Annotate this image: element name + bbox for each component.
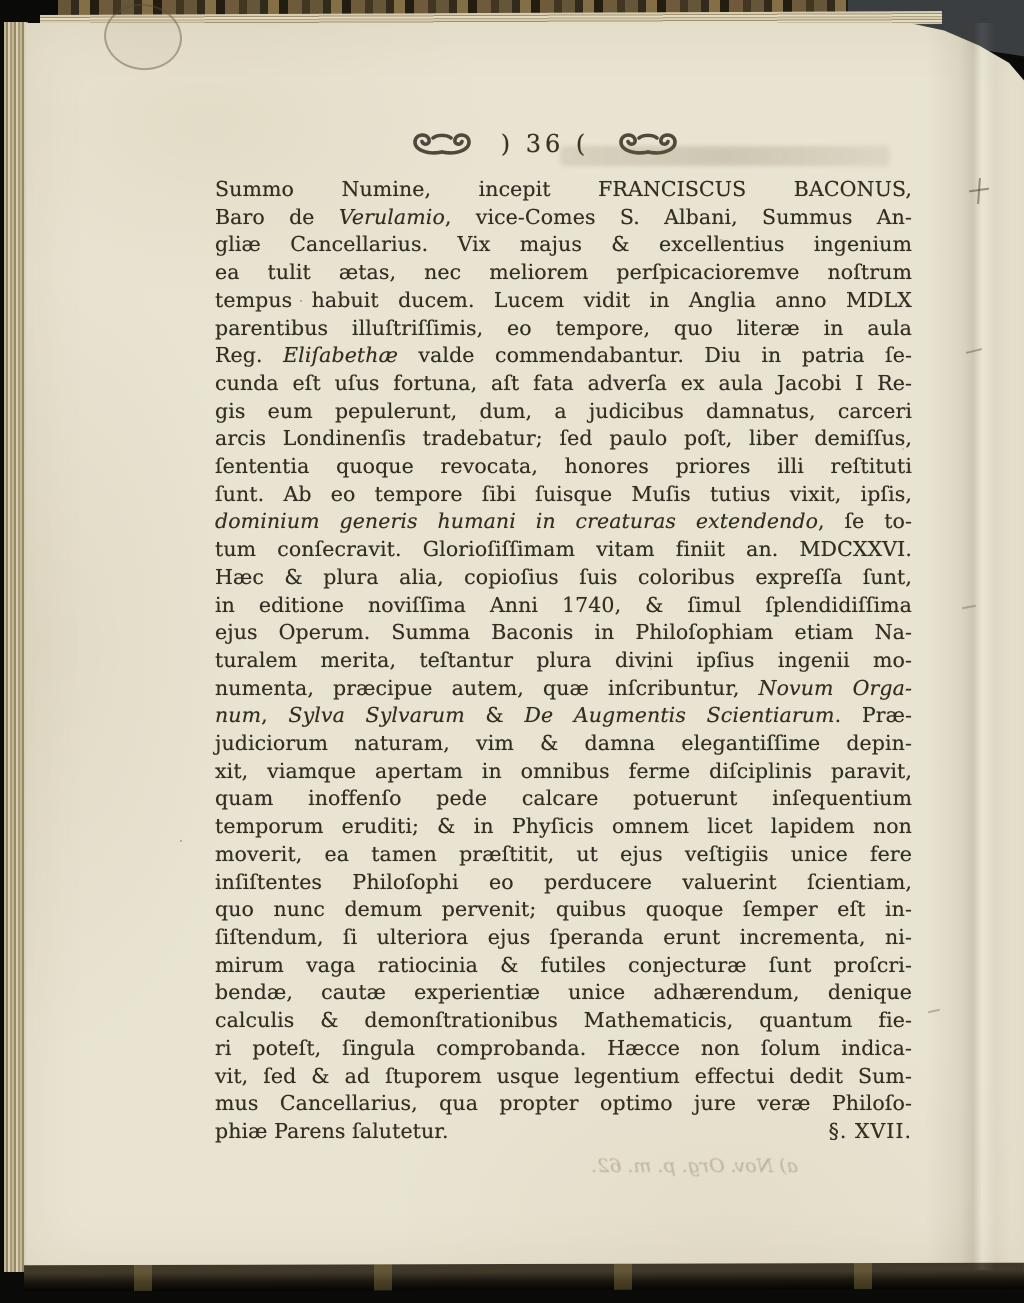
body-line: parentibus illuſtriſſimis, eo tempore, q…	[215, 315, 912, 343]
body-text: Summo Numine, incepit FRANCISCUS BACONUS…	[215, 176, 912, 1146]
book-bottom-edge	[24, 1263, 1024, 1292]
body-line: tempus habuit ducem. Lucem vidit in Angl…	[215, 287, 912, 315]
body-line: ea tulit ætas, nec meliorem perſpicacior…	[215, 259, 912, 287]
dust-specks	[300, 300, 302, 302]
body-line: Hæc & plura alia, copioſius ſuis colorib…	[215, 564, 912, 592]
body-line: mirum vaga ratiocinia & futiles conjectu…	[215, 952, 912, 980]
body-line: num, Sylva Sylvarum & De Augmentis Scien…	[215, 702, 912, 730]
body-line: ſiſtendum, ſi ulteriora ejus ſperanda er…	[215, 924, 912, 952]
body-line: quam inoffenſo pede calcare potuerunt in…	[215, 785, 912, 813]
body-line: bendæ, cautæ experientiæ unice adhærendu…	[215, 979, 912, 1007]
fleuron-icon	[409, 130, 475, 158]
body-line: turalem merita, teſtantur plura divini i…	[215, 647, 912, 675]
body-line: mus Cancellarius, qua propter optimo jur…	[215, 1090, 912, 1118]
body-line: xit, viamque apertam in omnibus ferme di…	[215, 758, 912, 786]
book-left-edge	[4, 22, 28, 1272]
body-line: quo nunc demum pervenit; quibus quoque ſ…	[215, 896, 912, 924]
section-mark: §. XVII.	[829, 1118, 912, 1146]
body-line: gliæ Cancellarius. Vix majus & excellent…	[215, 231, 912, 259]
body-line: arcis Londinenſis tradebatur; ſed paulo …	[215, 425, 912, 453]
body-line: cunda eſt uſus fortuna, aſt fata adverſa…	[215, 370, 912, 398]
body-line: gis eum pepulerunt, dum, a judicibus dam…	[215, 398, 912, 426]
body-line: temporum eruditi; & in Phyſicis omnem li…	[215, 813, 912, 841]
body-line: ſunt. Ab eo tempore ſibi ſuisque Muſis t…	[215, 481, 912, 509]
body-line: in editione noviſſima Anni 1740, & ſimul…	[215, 592, 912, 620]
body-line: Reg. Eliſabethæ valde commendabantur. Di…	[215, 342, 912, 370]
body-line: vit, ſed & ad ſtuporem usque legentium e…	[215, 1063, 912, 1091]
show-through-footnote: a) Nov. Org. p. m. 62.	[548, 1155, 798, 1177]
body-line: Summo Numine, incepit FRANCISCUS BACONUS…	[215, 176, 912, 204]
body-line: ſententia quoque revocata, honores prior…	[215, 453, 912, 481]
body-line: Baro de Verulamio, vice-Comes S. Albani,…	[215, 204, 912, 232]
show-through-smudge	[560, 146, 890, 166]
body-line: ejus Operum. Summa Baconis in Philoſophi…	[215, 619, 912, 647]
body-line: calculis & demonſtrationibus Mathematici…	[215, 1007, 912, 1035]
body-line: moverit, ea tamen præſtitit, ut ejus veſ…	[215, 841, 912, 869]
body-line: numenta, præcipue autem, quæ inſcribuntu…	[215, 675, 912, 703]
body-line: tum conſecravit. Glorioſiſſimam vitam fi…	[215, 536, 912, 564]
body-line: ri poteſt, ſingula comprobanda. Hæcce no…	[215, 1035, 912, 1063]
body-line: inſiſtentes Philoſophi eo perducere valu…	[215, 869, 912, 897]
body-line: dominium generis humani in creaturas ext…	[215, 508, 912, 536]
body-line: phiæ Parens ſalutetur.§. XVII.	[215, 1118, 912, 1146]
body-line: judiciorum naturam, vim & damna eleganti…	[215, 730, 912, 758]
